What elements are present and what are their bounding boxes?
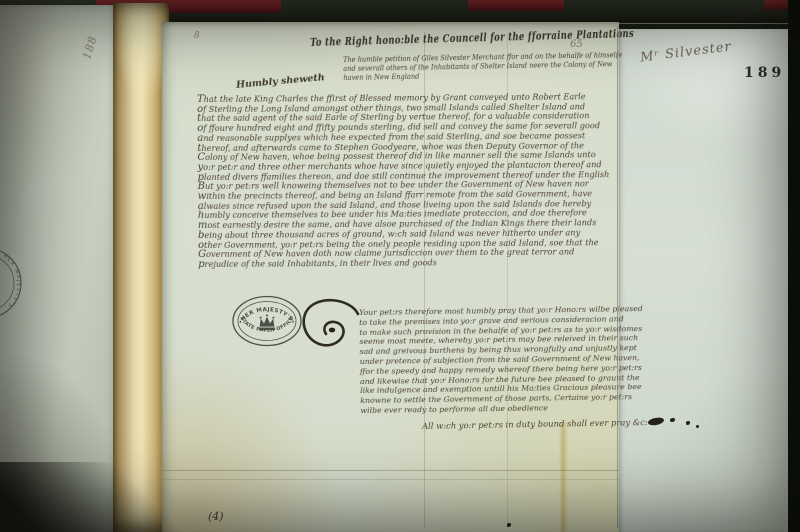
marginal-note-silvester: Mʳ Silvester: [639, 39, 732, 65]
ink-spiral-flourish: [298, 296, 362, 356]
main-page-group: Mʳ Silvester 189 8 To the Right hono:ble…: [162, 20, 794, 532]
left-stamp-arc-text: HER MAJESTY'S: [2, 253, 22, 309]
folio-number-188: 188: [80, 34, 99, 61]
corner-shadow: [0, 462, 215, 532]
pencil-year-note: 65: [570, 39, 583, 50]
stamp-star-right-icon: ✦: [291, 320, 295, 326]
page-fore-edge: [113, 3, 169, 532]
pencil-mark: 8: [194, 31, 200, 41]
salutation: Humbly sheweth: [236, 72, 325, 91]
right-dark-band: [788, 0, 800, 532]
ink-speck: [507, 523, 511, 527]
crown-icon: [259, 314, 275, 330]
partial-office-stamp: HER MAJESTY'S: [0, 237, 44, 329]
sheet-edge: [617, 26, 619, 528]
manuscript-photo: 188 HER MAJESTY'S Mʳ Silvester 189 8 To …: [0, 0, 800, 532]
red-binding-cloth-center: [468, 0, 564, 11]
crease-line: [162, 479, 619, 480]
stamp-star-left-icon: ✦: [239, 320, 243, 326]
petition-prayer: Your pet:rs therefore most humbly pray t…: [359, 304, 622, 415]
svg-text:HER MAJESTY'S: HER MAJESTY'S: [2, 253, 22, 309]
petition-sheet: 8 To the Right hono:ble the Councell for…: [162, 22, 619, 532]
petition-closing-line: All w:ch yo:r pet:rs in duty bound shall…: [422, 417, 648, 431]
petition-body: That the late King Charles the ffirst of…: [197, 92, 620, 270]
verso-page: 188 HER MAJESTY'S: [0, 5, 119, 532]
paper-stain: [559, 422, 568, 532]
state-paper-office-stamp: HER MAJESTY'S STATE PAPER OFFICE ✦ ✦: [230, 293, 304, 349]
mount-leaf: Mʳ Silvester 189: [618, 29, 794, 532]
petition-subheading: The humble petition of Giles Silvester M…: [343, 50, 631, 82]
crease-line: [162, 470, 619, 471]
manuscript-line: prejudice of the said Inhabitants, in th…: [198, 257, 620, 270]
folio-number-189: 189: [744, 65, 785, 81]
